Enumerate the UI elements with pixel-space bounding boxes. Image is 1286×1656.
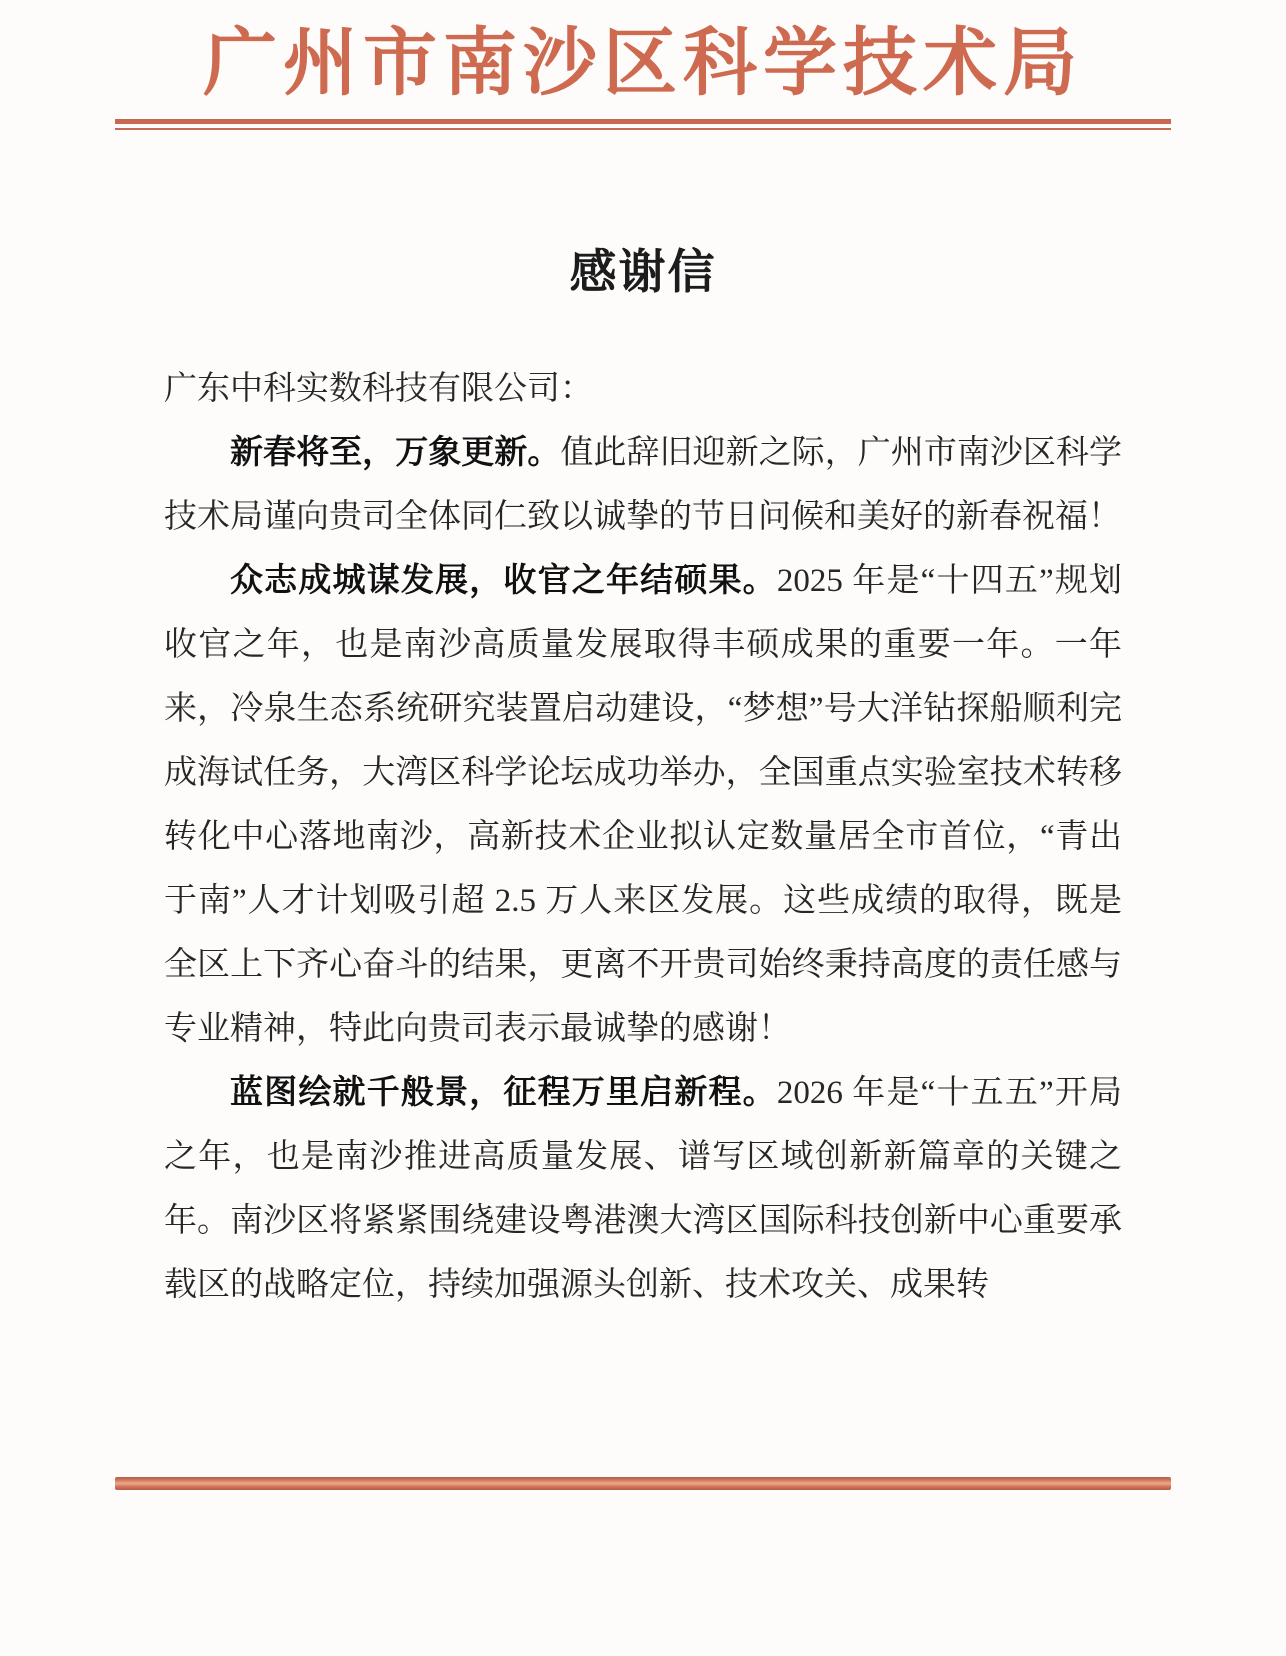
letterhead-agency-name: 广州市南沙区科学技术局 (0, 20, 1286, 109)
letterhead: 广州市南沙区科学技术局 (0, 0, 1286, 109)
salutation: 广东中科实数科技有限公司： (164, 357, 1122, 421)
paragraph-2-bold-lead: 众志成城谋发展，收官之年结硕果。 (230, 563, 777, 599)
paragraph-3: 蓝图绘就千般景，征程万里启新程。2026 年是“十五五”开局之年，也是南沙推进高… (164, 1061, 1122, 1317)
paragraph-1-bold-lead: 新春将至，万象更新。 (230, 435, 560, 471)
paragraph-2: 众志成城谋发展，收官之年结硕果。2025 年是“十四五”规划收官之年，也是南沙高… (164, 549, 1122, 1061)
letter-title: 感谢信 (0, 248, 1286, 300)
letter-body: 广东中科实数科技有限公司： 新春将至，万象更新。值此辞旧迎新之际，广州市南沙区科… (164, 357, 1122, 1317)
letterhead-rule-thin-line (115, 128, 1171, 130)
paragraph-2-text: 2025 年是“十四五”规划收官之年，也是南沙高质量发展取得丰硕成果的重要一年。… (164, 563, 1122, 1047)
letter-page: 广州市南沙区科学技术局 感谢信 广东中科实数科技有限公司： 新春将至，万象更新。… (0, 0, 1286, 1656)
paragraph-3-bold-lead: 蓝图绘就千般景，征程万里启新程。 (230, 1075, 777, 1111)
letterhead-rule (115, 119, 1171, 130)
paragraph-1: 新春将至，万象更新。值此辞旧迎新之际，广州市南沙区科学技术局谨向贵司全体同仁致以… (164, 421, 1122, 549)
page-footer-rule (115, 1477, 1171, 1490)
